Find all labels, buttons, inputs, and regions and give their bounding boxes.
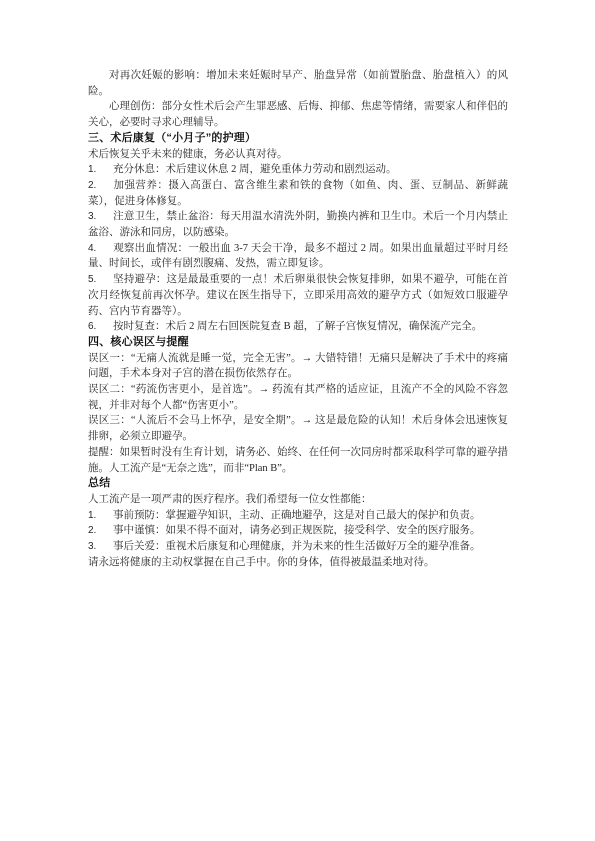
list-item: 1.充分休息：术后建议休息 2 周，避免重体力劳动和剧烈运动。 [88, 162, 508, 178]
list-item: 1.事前预防：掌握避孕知识，主动、正确地避孕，这是对自己最大的保护和负责。 [88, 508, 508, 524]
list-item: 6.按时复查：术后 2 周左右回医院复查 B 超，了解子宫恢复情况，确保流产完全… [88, 319, 508, 335]
paragraph: 心理创伤：部分女性术后会产生罪恶感、后悔、抑郁、焦虑等情绪，需要家人和伴侣的关心… [88, 99, 508, 130]
list-item-text: 注意卫生，禁止盆浴：每天用温水清洗外阴，勤换内裤和卫生巾。术后一个月内禁止盆浴、… [88, 211, 508, 238]
list-number: 1. [88, 162, 113, 178]
list-item: 3.事后关爱：重视术后康复和心理健康，并为未来的性生活做好万全的避孕准备。 [88, 539, 508, 555]
list-item: 4.观察出血情况：一般出血 3-7 天会干净，最多不超过 2 周。如果出血量超过… [88, 241, 508, 272]
list-number: 3. [88, 209, 113, 225]
list-item: 2.加强营养：摄入高蛋白、富含维生素和铁的食物（如鱼、肉、蛋、豆制品、新鲜蔬菜）… [88, 178, 508, 209]
list-item: 3.注意卫生，禁止盆浴：每天用温水清洗外阴，勤换内裤和卫生巾。术后一个月内禁止盆… [88, 209, 508, 240]
list-number: 2. [88, 178, 113, 194]
list-item-text: 坚持避孕：这是最最重要的一点！术后卵巢很快会恢复排卵，如果不避孕，可能在首次月经… [88, 274, 508, 316]
paragraph: 请永远将健康的主动权掌握在自己手中。你的身体，值得被最温柔地对待。 [88, 555, 508, 571]
paragraph: 提醒：如果暂时没有生育计划，请务必、始终、在任何一次同房时都采取科学可靠的避孕措… [88, 445, 508, 476]
section-heading: 四、核心误区与提醒 [88, 335, 508, 351]
list-number: 2. [88, 523, 113, 539]
list-item-text: 观察出血情况：一般出血 3-7 天会干净，最多不超过 2 周。如果出血量超过平时… [88, 243, 508, 270]
document-content: 对再次妊娠的影响：增加未来妊娠时早产、胎盘异常（如前置胎盘、胎盘植入）的风险。心… [88, 68, 508, 571]
list-item-text: 事前预防：掌握避孕知识，主动、正确地避孕，这是对自己最大的保护和负责。 [113, 510, 481, 521]
section-heading: 三、术后康复（“小月子”的护理） [88, 131, 508, 147]
paragraph: 对再次妊娠的影响：增加未来妊娠时早产、胎盘异常（如前置胎盘、胎盘植入）的风险。 [88, 68, 508, 99]
paragraph: 人工流产是一项严肃的医疗程序。我们希望每一位女性都能： [88, 492, 508, 508]
list-number: 1. [88, 508, 113, 524]
paragraph: 误区二：“药流伤害更小，是首选”。→ 药流有其严格的适应证，且流产不全的风险不容… [88, 382, 508, 413]
list-item-text: 加强营养：摄入高蛋白、富含维生素和铁的食物（如鱼、肉、蛋、豆制品、新鲜蔬菜），促… [88, 180, 508, 207]
section-heading: 总结 [88, 476, 508, 492]
list-number: 5. [88, 272, 113, 288]
list-number: 4. [88, 241, 113, 257]
paragraph: 术后恢复关乎未来的健康，务必认真对待。 [88, 147, 508, 163]
document-page: 对再次妊娠的影响：增加未来妊娠时早产、胎盘异常（如前置胎盘、胎盘植入）的风险。心… [0, 0, 595, 841]
list-item-text: 按时复查：术后 2 周左右回医院复查 B 超，了解子宫恢复情况，确保流产完全。 [113, 321, 482, 332]
list-number: 3. [88, 539, 113, 555]
list-number: 6. [88, 319, 113, 335]
paragraph: 误区一：“无痛人流就是睡一觉，完全无害”。→ 大错特错！无痛只是解决了手术中的疼… [88, 351, 508, 382]
list-item-text: 事中谨慎：如果不得不面对，请务必到正规医院，接受科学、安全的医疗服务。 [113, 525, 481, 536]
list-item-text: 事后关爱：重视术后康复和心理健康，并为未来的性生活做好万全的避孕准备。 [113, 541, 481, 552]
list-item: 2.事中谨慎：如果不得不面对，请务必到正规医院，接受科学、安全的医疗服务。 [88, 523, 508, 539]
list-item-text: 充分休息：术后建议休息 2 周，避免重体力劳动和剧烈运动。 [113, 164, 397, 175]
list-item: 5.坚持避孕：这是最最重要的一点！术后卵巢很快会恢复排卵，如果不避孕，可能在首次… [88, 272, 508, 319]
paragraph: 误区三：“人流后不会马上怀孕，是安全期”。→ 这是最危险的认知！术后身体会迅速恢… [88, 413, 508, 444]
